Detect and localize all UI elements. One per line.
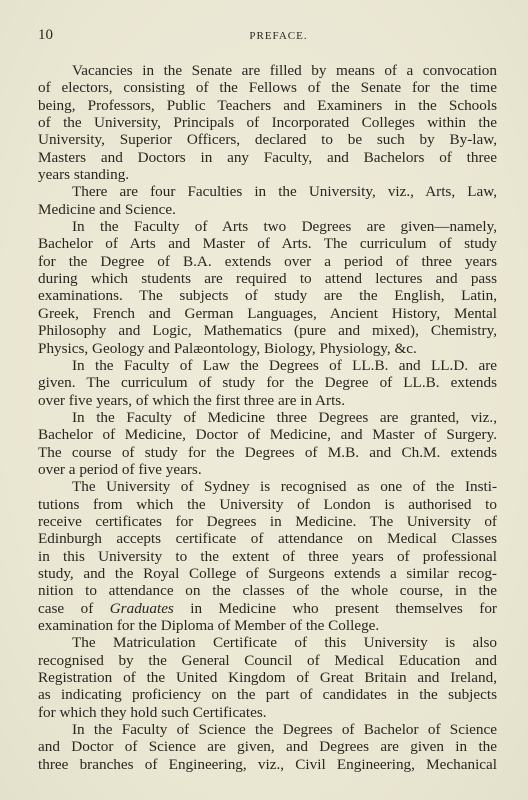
text-line: of the University, Principals of Incorpo… [38,114,497,131]
text-line: recognised by the General Council of Med… [38,652,497,669]
text-line: tutions from which the University of Lon… [38,496,497,513]
text-line: The University of Sydney is recognised a… [38,478,497,495]
text-line: Bachelor of Arts and Master of Arts. The… [38,235,497,252]
text-line: In the Faculty of Law the Degrees of LL.… [38,357,497,374]
text-segment: in Medicine who present themselves for [174,600,497,617]
page-header: 10 PREFACE. [38,27,497,47]
text-line: for the Degree of B.A. extends over a pe… [38,253,497,270]
text-line: and Doctor of Science are given, and Deg… [38,738,497,755]
text-line: examinations. The subjects of study are … [38,287,497,304]
italic-text: Graduates [110,600,174,617]
text-line: In the Faculty of Arts two Degrees are g… [38,218,497,235]
text-line: In the Faculty of Science the Degrees of… [38,721,497,738]
text-line: nition to attendance on the classes of t… [38,582,497,599]
text-line: over five years, of which the first thre… [38,392,497,409]
text-line: of electors, consisting of the Fellows o… [38,79,497,96]
text-line: There are four Faculties in the Universi… [38,183,497,200]
text-line: Edinburgh accepts certificate of attenda… [38,530,497,547]
text-line: Greek, French and German Languages, Anci… [38,305,497,322]
text-line: over a period of five years. [38,461,497,478]
text-line: being, Professors, Public Teachers and E… [38,97,497,114]
text-line: years standing. [38,166,497,183]
text-line: In the Faculty of Medicine three Degrees… [38,409,497,426]
text-line: receive certificates for Degrees in Medi… [38,513,497,530]
text-line: Registration of the United Kingdom of Gr… [38,669,497,686]
body-text: Vacancies in the Senate are filled by me… [38,62,497,773]
text-line: Physics, Geology and Palæontology, Biolo… [38,340,497,357]
text-line: given. The curriculum of study for the D… [38,374,497,391]
text-line: study, and the Royal College of Surgeons… [38,565,497,582]
text-line: Masters and Doctors in any Faculty, and … [38,149,497,166]
text-line: The Matriculation Certificate of this Un… [38,634,497,651]
text-line: Philosophy and Logic, Mathematics (pure … [38,322,497,339]
text-line: Vacancies in the Senate are filled by me… [38,62,497,79]
text-line: during which students are required to at… [38,270,497,287]
running-head: PREFACE. [38,30,497,42]
text-line: The course of study for the Degrees of M… [38,444,497,461]
text-line: in this University to the extent of thre… [38,548,497,565]
text-segment: case of [38,600,110,617]
text-line: case of Graduates in Medicine who presen… [38,600,497,617]
text-line: for which they hold such Certificates. [38,704,497,721]
text-line: Bachelor of Medicine, Doctor of Medicine… [38,426,497,443]
text-line: three branches of Engineering, viz., Civ… [38,756,497,773]
text-line: examination for the Diploma of Member of… [38,617,497,634]
text-line: University, Superior Officers, declared … [38,131,497,148]
text-line: Medicine and Science. [38,201,497,218]
text-line: as indicating proficiency on the part of… [38,686,497,703]
